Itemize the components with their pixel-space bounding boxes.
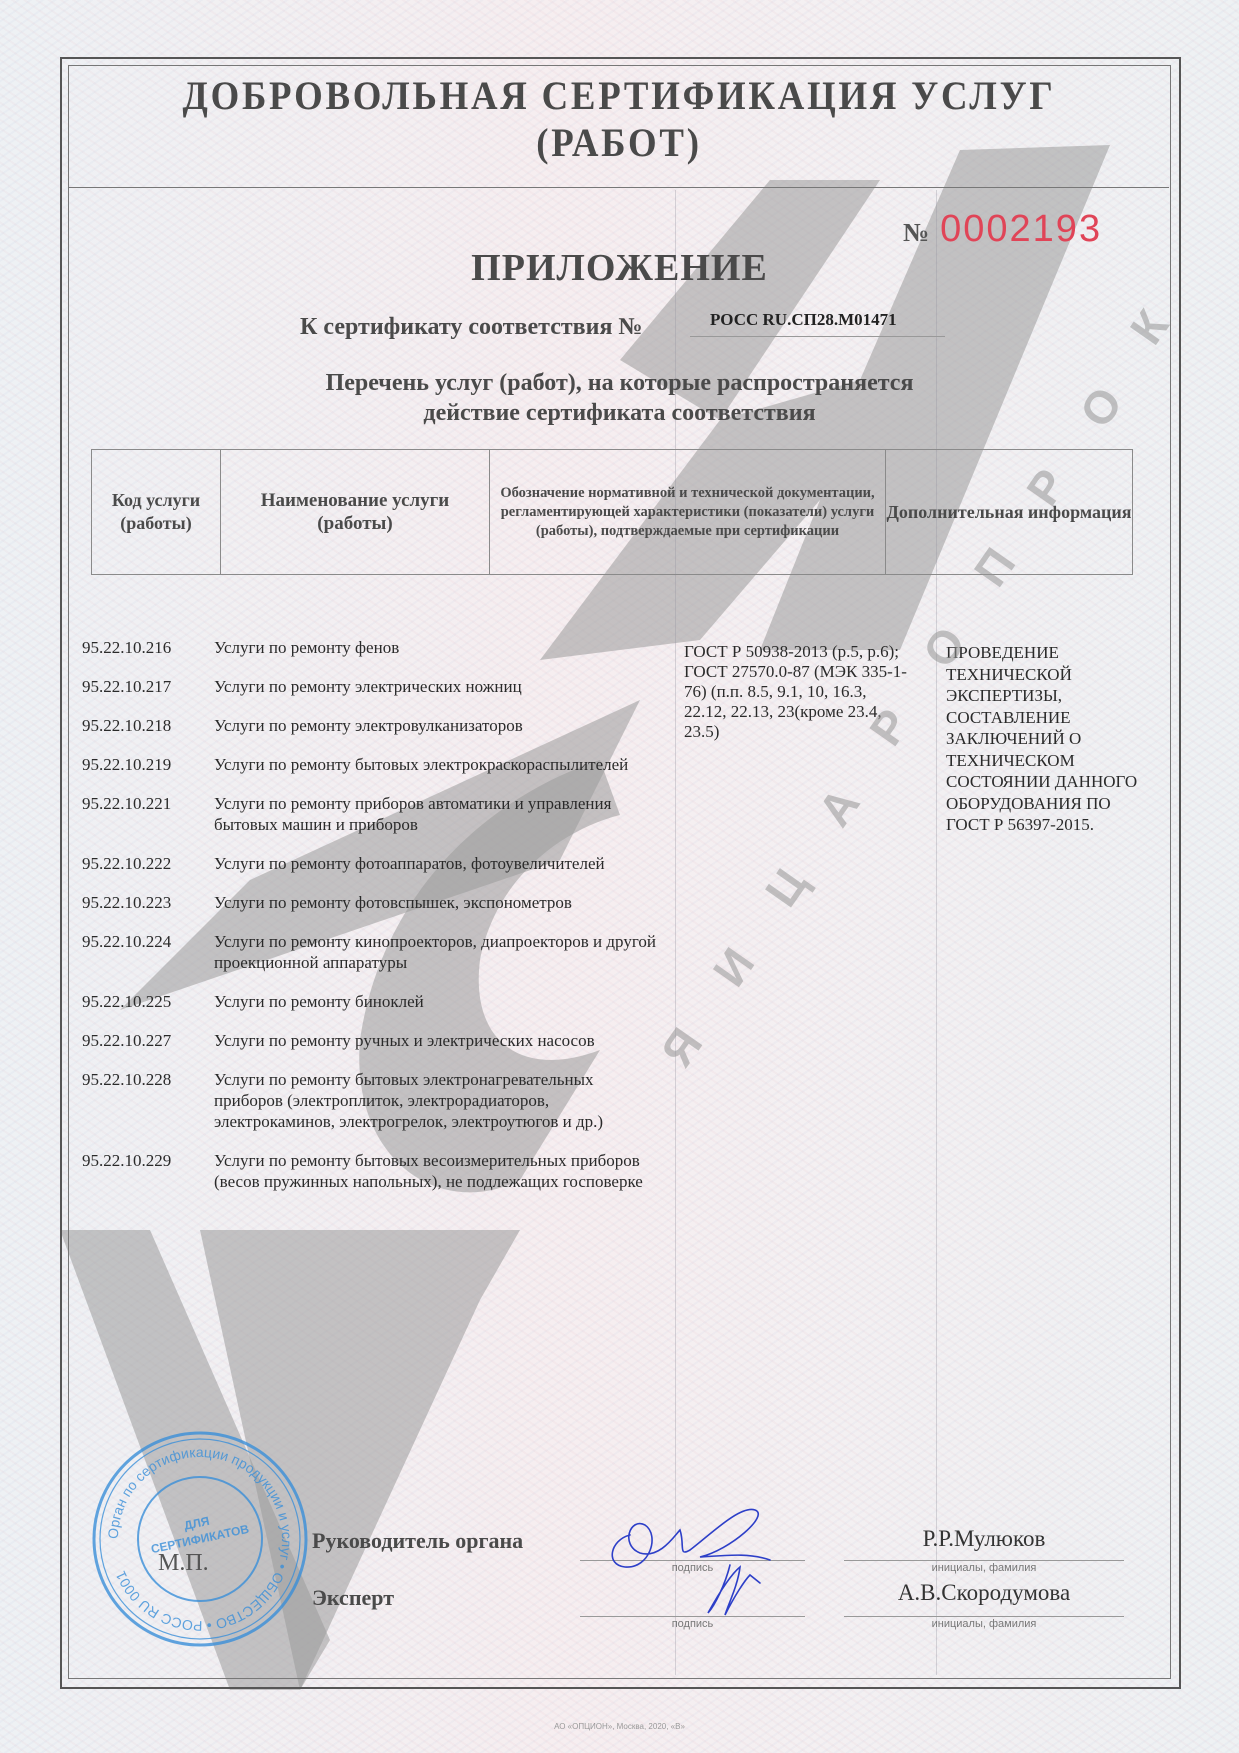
expert-name-line — [844, 1616, 1124, 1617]
table-row: 95.22.10.223Услуги по ремонту фотовспыше… — [82, 892, 662, 913]
table-row: 95.22.10.224Услуги по ремонту кинопроект… — [82, 931, 662, 973]
list-subtitle: Перечень услуг (работ), на которые распр… — [0, 368, 1239, 428]
service-name: Услуги по ремонту бытовых электрокраскор… — [214, 754, 662, 775]
service-name: Услуги по ремонту электрических ножниц — [214, 676, 662, 697]
header-divider — [69, 187, 1169, 188]
table-row: 95.22.10.218Услуги по ремонту электровул… — [82, 715, 662, 736]
head-of-body-label: Руководитель органа — [312, 1528, 523, 1554]
service-name: Услуги по ремонту фотоаппаратов, фотоуве… — [214, 853, 662, 874]
table-row: 95.22.10.221Услуги по ремонту приборов а… — [82, 793, 662, 835]
certificate-label: К сертификату соответствия № — [300, 314, 643, 341]
service-code: 95.22.10.221 — [82, 793, 214, 835]
header-code: Код услуги (работы) — [92, 450, 221, 574]
expert-name-caption: инициалы, фамилия — [844, 1618, 1124, 1630]
service-name: Услуги по ремонту биноклей — [214, 991, 662, 1012]
printer-imprint: АО «ОПЦИОН», Москва, 2020, «В» — [0, 1722, 1239, 1731]
service-name: Услуги по ремонту электровулканизаторов — [214, 715, 662, 736]
subtitle-line-1: Перечень услуг (работ), на которые распр… — [0, 368, 1239, 398]
table-row: 95.22.10.227Услуги по ремонту ручных и э… — [82, 1030, 662, 1051]
table-row: 95.22.10.222Услуги по ремонту фотоаппара… — [82, 853, 662, 874]
stamp-placeholder-label: М.П. — [158, 1550, 209, 1577]
header-additional-info: Дополнительная информация — [886, 450, 1132, 574]
service-code: 95.22.10.223 — [82, 892, 214, 913]
service-name: Услуги по ремонту ручных и электрических… — [214, 1030, 662, 1051]
service-code: 95.22.10.227 — [82, 1030, 214, 1051]
additional-info-cell: ПРОВЕДЕНИЕ ТЕХНИЧЕСКОЙ ЭКСПЕРТИЗЫ, СОСТА… — [946, 642, 1176, 836]
header-service-name: Наименование услуги (работы) — [221, 450, 490, 574]
signature-scribble-icon — [600, 1495, 820, 1625]
service-code: 95.22.10.222 — [82, 853, 214, 874]
service-code: 95.22.10.224 — [82, 931, 214, 973]
table-row: 95.22.10.216Услуги по ремонту фенов — [82, 637, 662, 658]
service-code: 95.22.10.225 — [82, 991, 214, 1012]
table-row: 95.22.10.225Услуги по ремонту биноклей — [82, 991, 662, 1012]
service-code: 95.22.10.229 — [82, 1150, 214, 1192]
head-name-line — [844, 1560, 1124, 1561]
table-row: 95.22.10.228Услуги по ремонту бытовых эл… — [82, 1069, 662, 1132]
seal-stamp: Орган по сертификации продукции и услуг … — [88, 1427, 313, 1652]
certificate-number: РОСС RU.СП28.М01471 — [690, 306, 945, 337]
service-name: Услуги по ремонту кинопроекторов, диапро… — [214, 931, 662, 973]
service-name: Услуги по ремонту приборов автоматики и … — [214, 793, 662, 835]
serial-number: 0002193 — [940, 208, 1102, 250]
head-name: Р.Р.Мулюков — [844, 1526, 1124, 1552]
service-name: Услуги по ремонту бытовых весоизмеритель… — [214, 1150, 662, 1192]
document-header-title: ДОБРОВОЛЬНАЯ СЕРТИФИКАЦИЯ УСЛУГ (РАБОТ) — [113, 72, 1125, 166]
table-row: 95.22.10.217Услуги по ремонту электричес… — [82, 676, 662, 697]
service-name: Услуги по ремонту фотовспышек, экспономе… — [214, 892, 662, 913]
table-row: 95.22.10.229Услуги по ремонту бытовых ве… — [82, 1150, 662, 1192]
table-row: 95.22.10.219Услуги по ремонту бытовых эл… — [82, 754, 662, 775]
service-code: 95.22.10.216 — [82, 637, 214, 658]
service-code: 95.22.10.217 — [82, 676, 214, 697]
header-normative-docs: Обозначение нормативной и технической до… — [490, 450, 886, 574]
expert-label: Эксперт — [312, 1585, 394, 1611]
number-sign: № — [903, 218, 929, 247]
services-table-body: 95.22.10.216Услуги по ремонту фенов95.22… — [82, 637, 662, 1192]
head-name-caption: инициалы, фамилия — [844, 1562, 1124, 1574]
form-number: № 0002193 — [903, 208, 1102, 251]
service-code: 95.22.10.218 — [82, 715, 214, 736]
service-name: Услуги по ремонту бытовых электронагрева… — [214, 1069, 662, 1132]
expert-name: А.В.Скородумова — [844, 1580, 1124, 1606]
subtitle-line-2: действие сертификата соответствия — [0, 398, 1239, 428]
service-code: 95.22.10.219 — [82, 754, 214, 775]
annex-title: ПРИЛОЖЕНИЕ — [0, 246, 1239, 290]
service-code: 95.22.10.228 — [82, 1069, 214, 1132]
service-name: Услуги по ремонту фенов — [214, 637, 662, 658]
